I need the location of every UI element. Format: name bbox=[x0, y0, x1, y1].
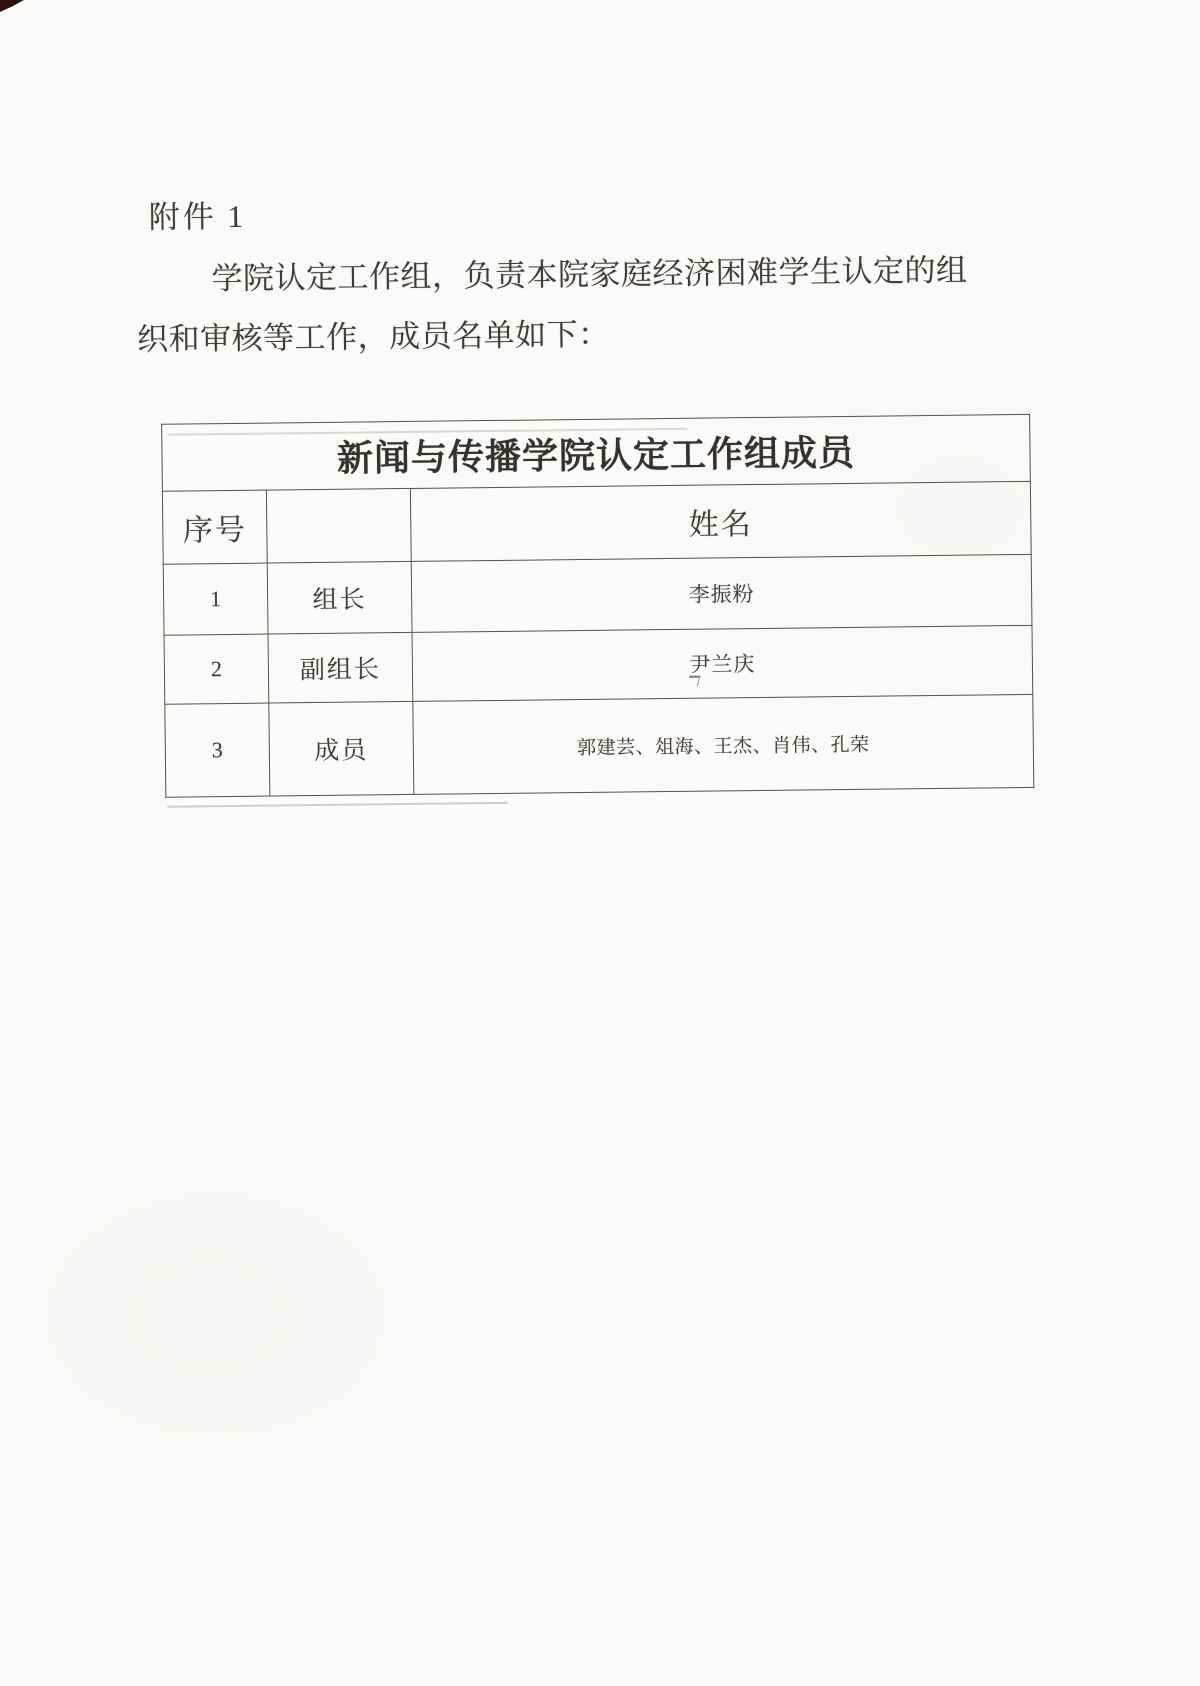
header-index: 序号 bbox=[162, 490, 267, 564]
scanned-document-page: { "document": { "attachment_label": "附件 … bbox=[0, 0, 1200, 1686]
cell-seq: 2 bbox=[164, 634, 269, 704]
table-header-row: 序号 姓名 bbox=[162, 481, 1031, 564]
members-table: 新闻与传播学院认定工作组成员 序号 姓名 1 组长 李振粉 2 副组长 尹兰庆 … bbox=[161, 414, 1034, 798]
scan-line-artifact bbox=[167, 802, 507, 807]
attachment-label: 附件 1 bbox=[149, 191, 247, 237]
member-row: 1 组长 李振粉 bbox=[163, 554, 1032, 635]
cell-role: 组长 bbox=[267, 561, 412, 634]
cell-role: 副组长 bbox=[268, 632, 413, 703]
cell-seq: 3 bbox=[165, 703, 270, 797]
table-title: 新闻与传播学院认定工作组成员 bbox=[162, 414, 1031, 491]
member-row: 3 成员 郭建芸、俎海、王杰、肖伟、孔荣 bbox=[165, 694, 1034, 797]
intro-paragraph-line1: 学院认定工作组，负责本院家庭经济困难学生认定的组 bbox=[211, 245, 967, 299]
cell-names: 尹兰庆 bbox=[412, 625, 1033, 701]
header-role bbox=[266, 488, 411, 563]
cell-seq: 1 bbox=[163, 563, 268, 635]
intro-paragraph-line2: 织和审核等工作，成员名单如下： bbox=[137, 309, 610, 359]
cell-names: 李振粉 bbox=[411, 554, 1032, 632]
document-content: 附件 1 学院认定工作组，负责本院家庭经济困难学生认定的组 织和审核等工作，成员… bbox=[0, 0, 1200, 1686]
member-row: 2 副组长 尹兰庆 bbox=[164, 625, 1033, 704]
header-name: 姓名 bbox=[410, 481, 1031, 561]
cell-role: 成员 bbox=[269, 701, 414, 796]
table-title-row: 新闻与传播学院认定工作组成员 bbox=[162, 414, 1031, 491]
cell-names: 郭建芸、俎海、王杰、肖伟、孔荣 bbox=[413, 694, 1034, 794]
